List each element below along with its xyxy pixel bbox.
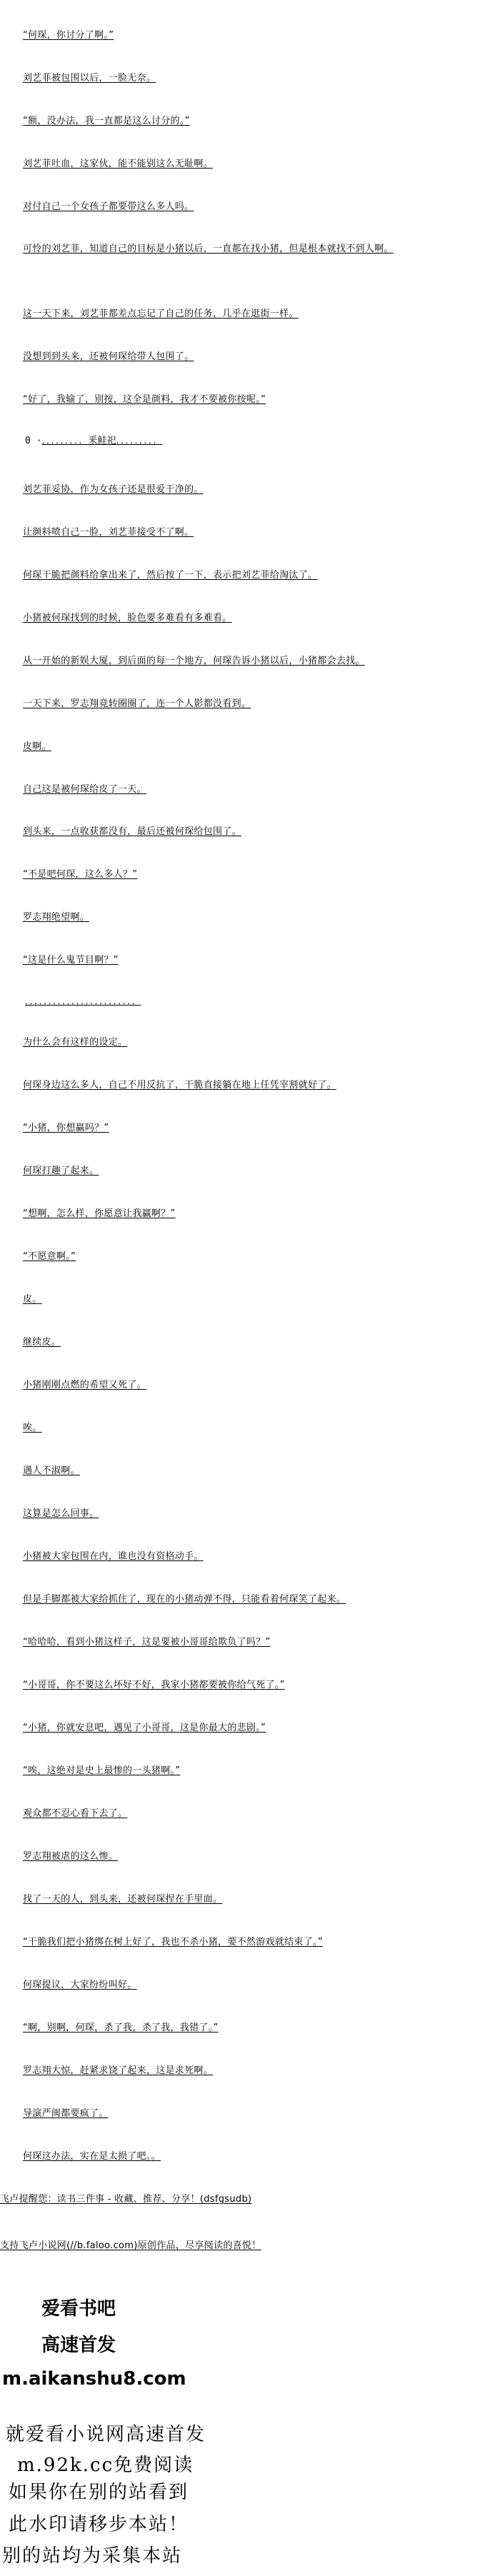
paragraph: 到头来，一点收获都没有，最后还被何琛给包围了。 [23,826,241,838]
paragraph: 何琛这办法，实在是太损了吧。。 [23,2151,161,2162]
garbled-line: ．．．．．．．．．．．．．．．．．．．．．．．． [25,996,141,1008]
garbled-text: ．．．．．．．．．．．．．．．．．．．．．．．． [25,996,141,1007]
paragraph: 从一开始的新娱大厦，到后面的每一个地方，何琛告诉小猪以后，小猪都会去找。 [23,656,365,667]
brand-url[interactable]: m.aikanshu8.com [2,2368,186,2390]
garbled-lead: 0 · [25,436,41,446]
paragraph: 何琛干脆把颜料给拿出来了，然后按了一下，表示把刘艺菲给淘汰了。 [23,570,317,581]
paragraph: 何琛身边这么多人，自己不用反抗了，干脆直接躺在地上任凭宰割就好了。 [23,1080,336,1091]
paragraph: “啊，别啊，何琛，杀了我，杀了我，我错了。” [23,2023,219,2034]
paragraph: “小猪，你想赢吗？” [23,1123,109,1134]
paragraph: 遇人不淑啊。 [23,1465,80,1477]
paragraph: 刘艺菲吐血，这家伙，能不能别这么无耻啊。 [23,159,213,170]
watermark-line-2: m.92k.cc免费阅读 [17,2454,194,2477]
paragraph: “不是吧何琛，这么多人？” [23,869,137,881]
paragraph: “干脆我们把小猪绑在树上好了，我也不杀小猪，要不然游戏就结束了。” [23,1937,323,1948]
paragraph: 自己这是被何琛给皮了一天。 [23,784,146,796]
paragraph: “想啊，怎么样，你愿意让我赢啊？” [23,1208,176,1220]
paragraph: 小猪被何琛找到的时候，脸色要多难看有多难看。 [23,613,232,624]
paragraph: 让颜料喷自己一脸，刘艺菲接受不了啊。 [23,527,194,538]
garbled-text: ．．．．．．．．．釆鲑祀．．．．．．．．． [41,436,162,446]
paragraph: 罗志翔被虐的这么惨。 [23,1851,118,1863]
paragraph: “这是什么鬼节目啊？” [23,955,119,966]
paragraph: 导演严闽都要疯了。 [23,2108,109,2120]
paragraph: 没想到到头来，还被何琛给带人包围了。 [23,351,194,363]
paragraph: 观众都不忍心看下去了。 [23,1808,127,1820]
paragraph: 皮啊。 [23,741,51,753]
paragraph: 罗志翔大惊，赶紧求饶了起来，这是求死啊。 [23,2065,213,2077]
watermark-line-5: 别的站均为采集本站 [2,2545,182,2567]
paragraph: “不愿意啊。” [23,1251,76,1263]
paragraph: 刘艺菲被包围以后，一脸无奈。 [23,73,156,84]
paragraph: “小哥哥，你不要这么坏好不好，我家小猪都要被你给气死了。” [23,1680,285,1691]
paragraph: 为什么会有这样的设定。 [23,1037,127,1048]
paragraph: 何琛打趣了起来。 [23,1166,99,1177]
paragraph: “何琛，你讨分了啊。” [23,30,114,41]
paragraph: “哈哈哈，看到小猪这样子，这是要被小哥哥给欺负了吗？” [23,1637,271,1648]
paragraph: 小猪被大家包围在内，谁也没有资格动手。 [23,1551,204,1563]
paragraph: “小猪，你就安息吧，遇见了小哥哥，这是你最大的悲剧。” [23,1723,266,1734]
garbled-line: 0 ·．．．．．．．．．釆鲑祀．．．．．．．．． [25,436,163,447]
brand-name: 爱看书吧 [41,2298,116,2320]
paragraph: 一天下来，罗志翔竟转圈圈了，连一个人影都没看到。 [23,698,251,710]
watermark-line-1: 就爱看小说网高速首发 [6,2423,206,2446]
paragraph: “好了，我输了，别按，这全是颜料，我才不要被你按呢。” [23,394,266,406]
footer-note: 飞卢提醒您：读书三件事 - 收藏、推荐、分享！(dsfgsudb) [0,2194,251,2205]
paragraph: 何琛提议，大家纷纷叫好。 [23,1980,137,1991]
paragraph: 对付自己一个女孩子都要带这么多人吗。 [23,201,194,213]
watermark-line-3: 如果你在别的站看到 [9,2481,189,2504]
brand-tagline: 高速首发 [41,2335,116,2356]
paragraph: 可怜的刘艺菲，知道自己的目标是小猪以后，一直都在找小猪，但是根本就找不到人啊。 [23,244,394,255]
paragraph: 这算是怎么回事。 [23,1508,99,1520]
paragraph: 但是手脚都被大家给抓住了，现在的小猪动弹不得，只能看着何琛笑了起来。 [23,1594,346,1605]
paragraph: 皮。 [23,1294,42,1305]
paragraph: 继续皮。 [23,1337,61,1348]
paragraph: “唉，这绝对是史上最惨的一头猪啊。” [23,1765,180,1777]
paragraph: “额，没办法，我一直都是这么讨分的。” [23,116,190,127]
paragraph: 找了一天的人，到头来，还被何琛捏在手里面。 [23,1894,222,1905]
footer-note: 支持飞卢小说网(//b.faloo.com)原创作品，尽享阅读的喜悦！ [0,2240,261,2252]
paragraph: 刘艺菲妥协，作为女孩子还是很爱干净的。 [23,484,204,496]
paragraph: 这一天下来，刘艺菲都差点忘记了自己的任务，几乎在逛街一样。 [23,309,299,320]
paragraph: 唉。 [23,1423,42,1434]
paragraph: 罗志翔绝望啊。 [23,912,89,923]
watermark-line-4: 此水印请移步本站！ [9,2513,189,2536]
paragraph: 小猪刚刚点燃的希望又死了。 [23,1380,146,1391]
